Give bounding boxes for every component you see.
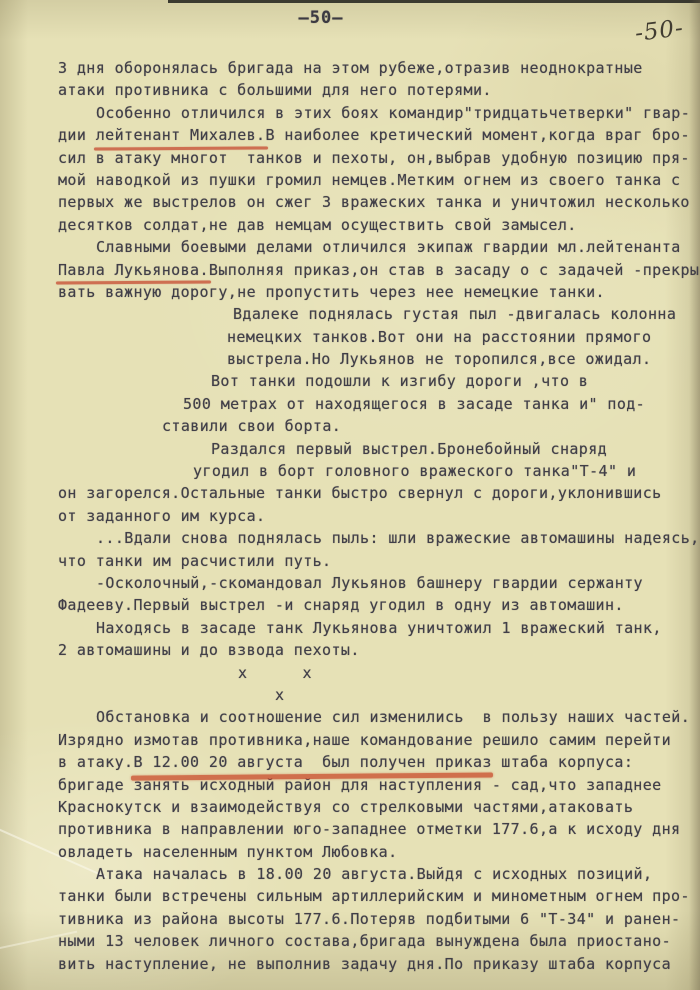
document-line: атаки противника с большими для него пот… (58, 79, 658, 101)
x-mark: х (275, 686, 284, 704)
document-line: Изрядно измотав противника,наше командов… (58, 729, 658, 751)
red-underline-annotation: В 12.00 20 августа был получен приказ (133, 751, 491, 773)
document-line: Вдалеке поднялась густая пыл -двигалась … (233, 303, 658, 325)
document-line: от заданного им курса. (58, 505, 658, 527)
document-line: первых же выстрелов он сжег 3 вражеских … (58, 191, 658, 213)
scan-right-edge-shadow (689, 0, 700, 990)
document-line: -Осколочный,-скомандовал Лукьянов башнер… (96, 572, 658, 594)
document-body: 3 дня оборонялась бригада на этом рубеже… (58, 57, 658, 975)
section-break-marks: х (275, 684, 658, 706)
document-line: ными 13 человек личного состава,бригада … (58, 930, 658, 952)
document-line: немецких танков.Вот они на расстоянии пр… (227, 326, 658, 348)
document-line: выстрела.Но Лукьянов не торопился,все ож… (227, 348, 658, 370)
line-text: Выполняя приказ,он став в засаду о с зад… (209, 261, 700, 279)
document-line: в атаку.В 12.00 20 августа был получен п… (58, 751, 658, 773)
document-line: противника в направлении юго-западнее от… (58, 818, 658, 840)
document-line: десятков солдат,не дав немцам осуществит… (58, 214, 658, 236)
document-line: угодил в борт головного вражеского танка… (193, 460, 658, 482)
handwritten-page-number: -50- (634, 15, 686, 47)
document-line: он загорелся.Остальные танки быстро свер… (58, 482, 658, 504)
document-scan-page: —50— -50- 3 дня оборонялась бригада на э… (0, 0, 700, 990)
document-line: Вот танки подошли к изгибу дороги ,что в (211, 370, 658, 392)
red-underline-annotation: Павла Лукьянова. (58, 259, 209, 281)
document-line: дии лейтенант Михалев.В наиболее кретиче… (58, 124, 658, 146)
document-line: вить наступление, не выполнив задачу дня… (58, 953, 658, 975)
document-line: тивника из района высоты 177.6.Потеряв п… (58, 908, 658, 930)
x-mark: х (302, 662, 311, 684)
line-text: дии (58, 126, 96, 144)
document-line: 500 метрах от находящегося в засаде танк… (183, 393, 658, 415)
document-line: Раздался первый выстрел.Бронебойный снар… (211, 438, 658, 460)
document-line: Краснокутск и взаимодействуя со стрелков… (58, 796, 658, 818)
document-line: Находясь в засаде танк Лукьянова уничтож… (96, 617, 658, 639)
document-line: Атака началась в 18.00 20 августа.Выйдя … (96, 863, 658, 885)
document-line: овладеть населенным пунктом Любовка. (58, 841, 658, 863)
red-underline-annotation: лейтенант Михалев. (96, 124, 266, 146)
document-line: Обстановка и соотношение сил изменились … (96, 706, 658, 728)
document-line: 3 дня оборонялась бригада на этом рубеже… (58, 57, 658, 79)
document-line: Славными боевыми делами отличился экипаж… (96, 236, 658, 258)
typed-page-number: —50— (0, 8, 642, 28)
document-line: 2 автомашины и до взвода пехоты. (58, 639, 658, 661)
line-text: в атаку. (58, 753, 133, 771)
document-line: танки были встречены сильным артиллерийс… (58, 885, 658, 907)
document-line: Фадееву.Первый выстрел -и снаряд угодил … (58, 594, 658, 616)
document-line: Павла Лукьянова.Выполняя приказ,он став … (58, 259, 658, 281)
document-line: Особенно отличился в этих боях командир"… (96, 102, 658, 124)
line-text: В наиболее кретический момент,когда враг… (266, 126, 690, 144)
x-mark: х (238, 664, 247, 682)
document-line: ...Вдали снова поднялась пыль: шли враже… (96, 527, 658, 549)
scan-top-edge (168, 0, 700, 3)
document-line: вать важную дорогу,не пропустить через н… (58, 281, 658, 303)
line-text: штаба корпуса: (492, 753, 633, 771)
document-line: мой наводкой из пушки громил немцев.Метк… (58, 169, 658, 191)
document-line: что танки им расчистили путь. (58, 550, 658, 572)
document-line: ставили свои борта. (162, 415, 658, 437)
section-break-marks: хх (238, 662, 658, 684)
